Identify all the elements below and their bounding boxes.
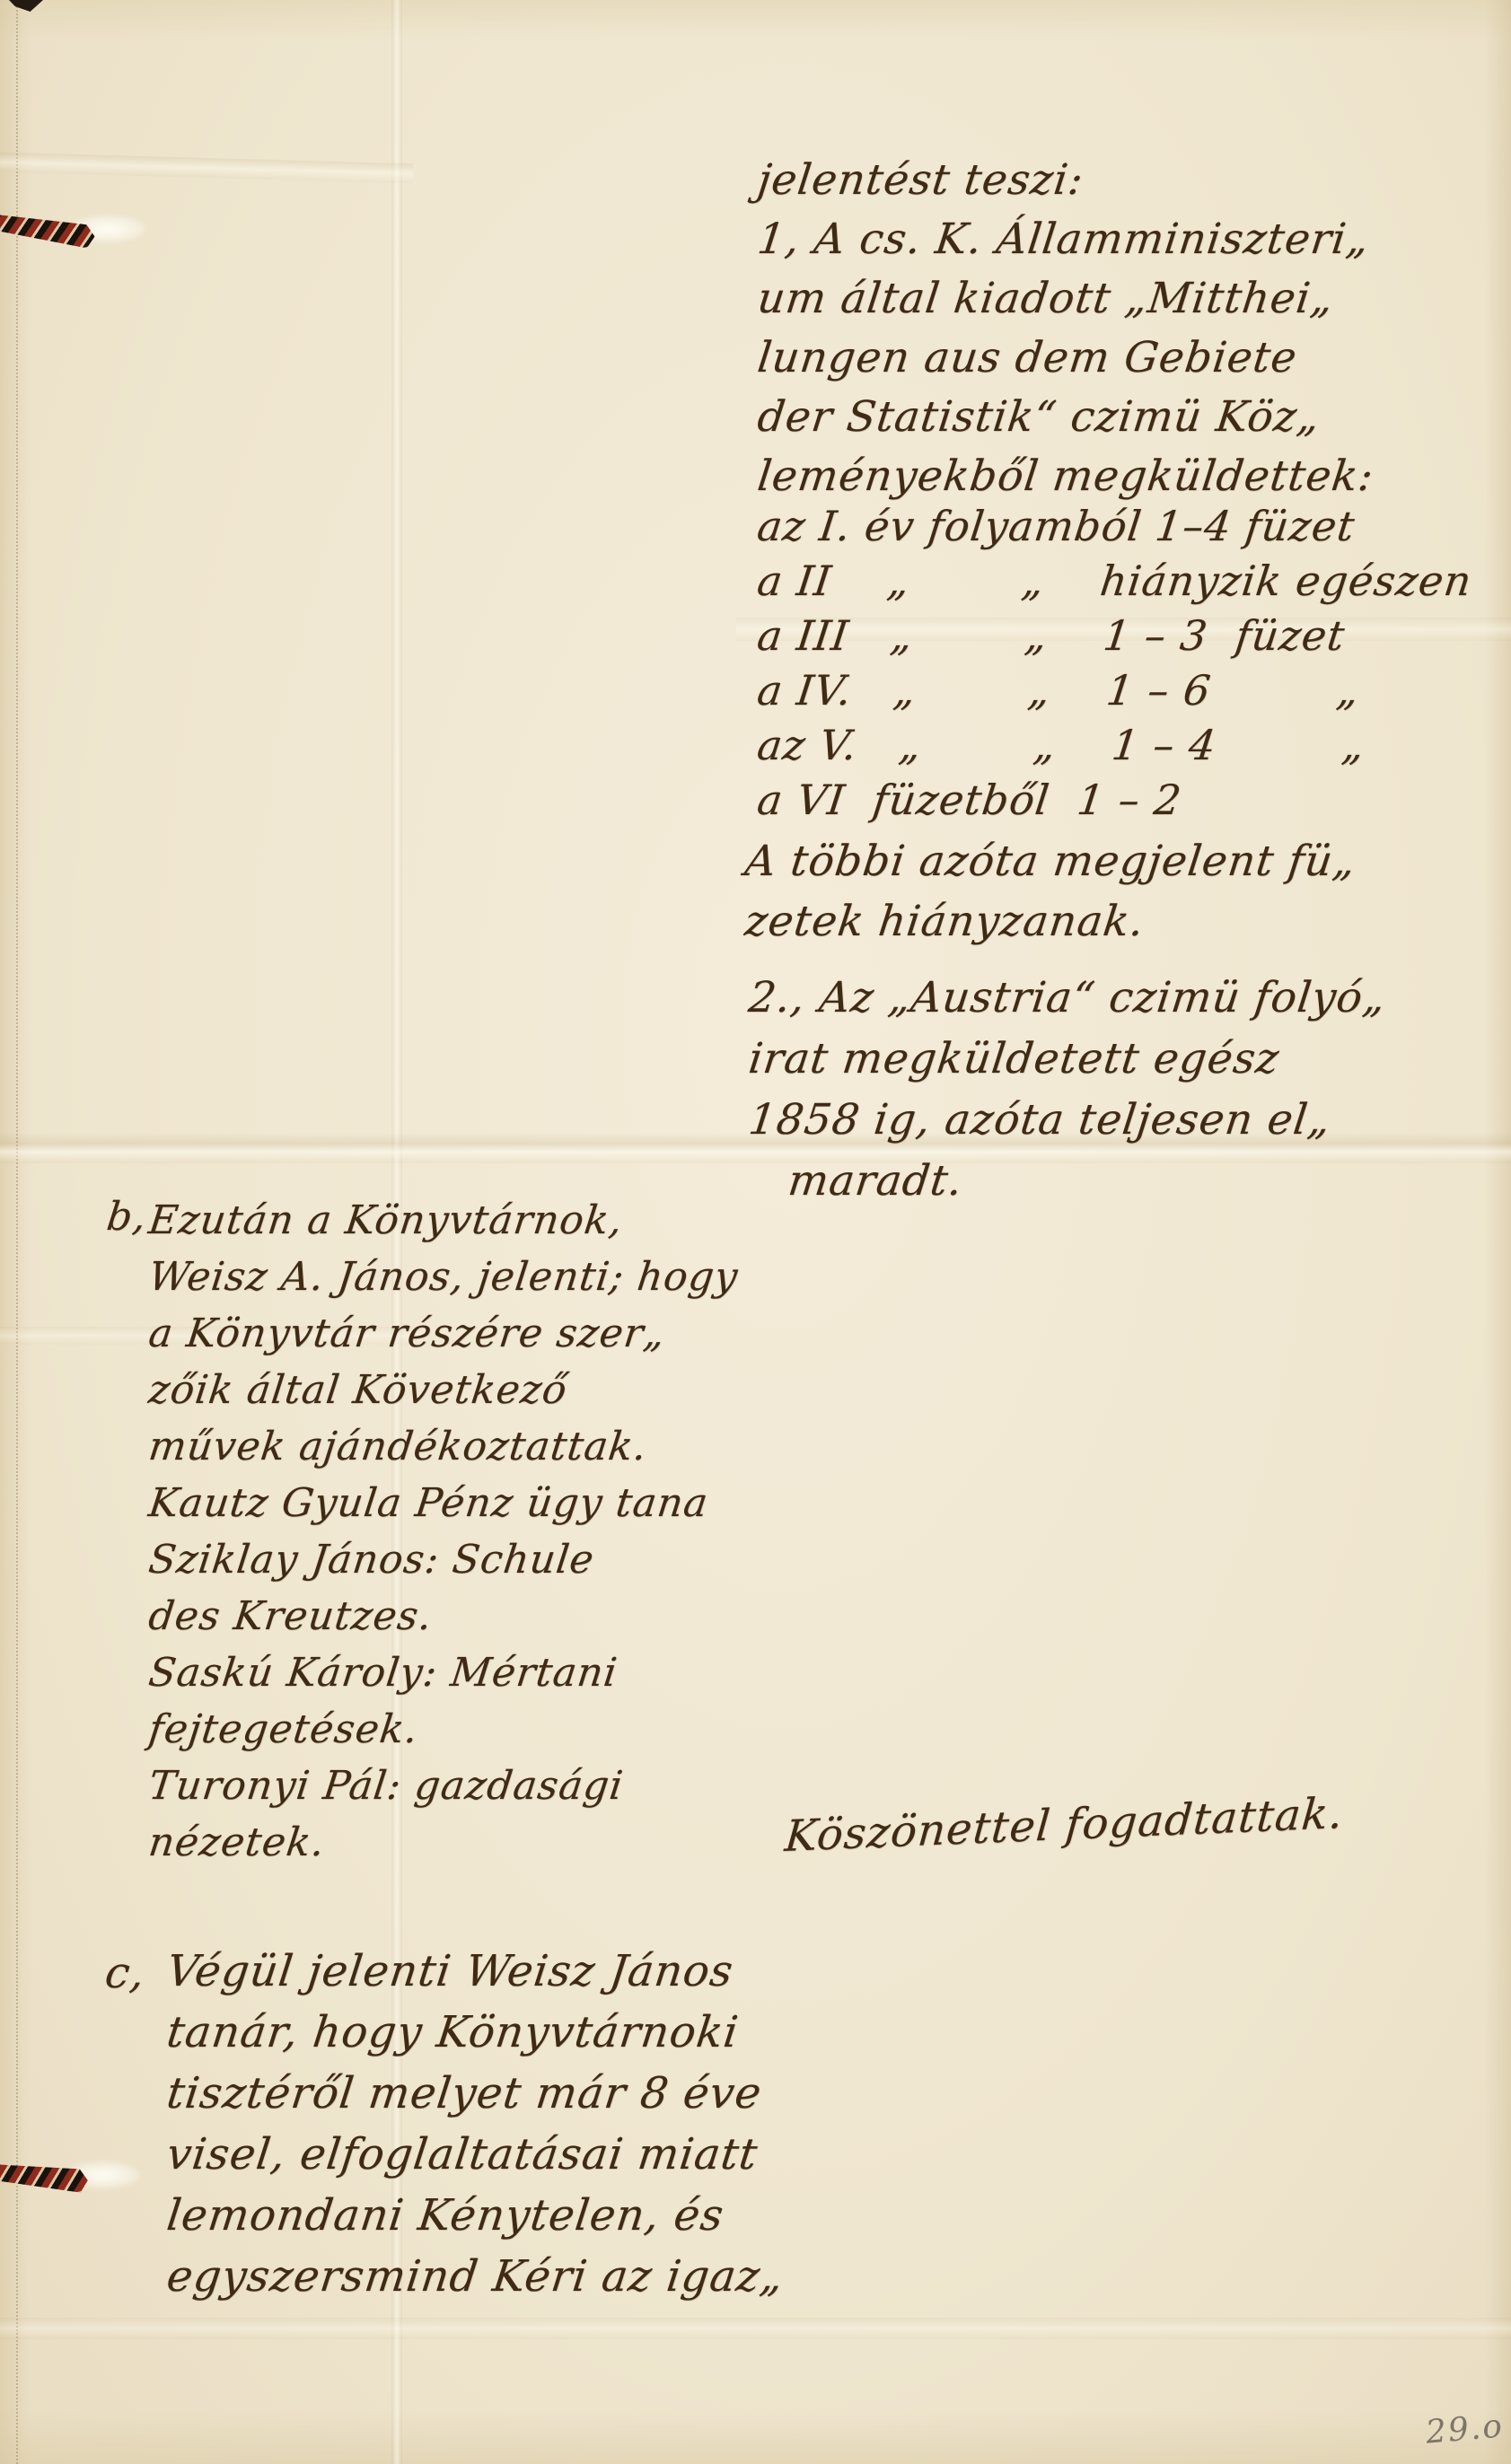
handwritten-line: Turonyi Pál: gazdasági — [145, 1758, 742, 1814]
handwritten-line: Kautz Gyula Pénz ügy tana — [145, 1475, 742, 1531]
volume-list-row: az V. „ „ 1 – 4 „ — [754, 718, 1475, 773]
handwritten-line: tanár, hogy Könyvtárnoki — [163, 2002, 787, 2063]
handwritten-line: a Könyvtár részére szer„ — [145, 1305, 742, 1362]
report-intro-paragraph: jelentést teszi: 1, A cs. K. Államminisz… — [754, 151, 1370, 506]
handwritten-line: 1858 ig, azóta teljesen el„ — [745, 1090, 1390, 1151]
binding-cord-top — [0, 210, 96, 249]
handwritten-line: művek ajándékoztattak. — [145, 1418, 742, 1475]
handwritten-line: um által kiadott „Mitthei„ — [754, 269, 1377, 329]
handwritten-line: Saskú Károly: Mértani — [145, 1644, 742, 1701]
section-c-paragraph: Végül jelenti Weisz János tanár, hogy Kö… — [163, 1941, 779, 2307]
handwritten-line: Sziklay János: Schule — [145, 1531, 742, 1588]
section-c-marker: c, — [102, 1948, 142, 1998]
page-number: 29.o — [1424, 2407, 1505, 2451]
handwritten-line: irat megküldetett egész — [745, 1029, 1390, 1090]
volume-list-row: a IV. „ „ 1 – 6 „ — [754, 663, 1475, 718]
handwritten-line: des Kreutzes. — [145, 1588, 742, 1644]
volume-list-row: az I. év folyamból 1–4 füzet — [754, 499, 1475, 554]
handwritten-line: zetek hiányzanak. — [742, 891, 1359, 951]
missing-issues-note: A többi azóta megjelent fü„ zetek hiányz… — [742, 831, 1352, 951]
handwritten-line: maradt. — [745, 1151, 1390, 1212]
handwritten-line: der Statistik“ czimü Köz„ — [754, 388, 1377, 447]
section-b-paragraph: Ezután a Könyvtárnok, Weisz A. János, je… — [145, 1192, 734, 1871]
handwritten-line: fejtegetések. — [145, 1701, 742, 1758]
horizontal-fold-crease — [0, 2318, 1511, 2339]
volume-list-row: a III „ „ 1 – 3 füzet — [754, 609, 1475, 663]
handwritten-line: lemondani Kénytelen, és — [163, 2185, 787, 2246]
handwritten-line: Weisz A. János, jelenti; hogy — [145, 1249, 742, 1305]
handwritten-line: 1, A cs. K. Államminiszteri„ — [754, 210, 1377, 269]
handwritten-line: egyszersmind Kéri az igaz„ — [163, 2246, 787, 2307]
thanks-line: Köszönettel fogadtattak. — [783, 1811, 1339, 1862]
volume-list-row: a II „ „ hiányzik egészen — [754, 554, 1475, 609]
handwritten-line: 2., Az „Austria“ czimü folyó„ — [745, 968, 1390, 1029]
volume-issue-list: az I. év folyamból 1–4 füzet a II „ „ hi… — [754, 499, 1468, 828]
handwritten-line: tisztéről melyet már 8 éve — [163, 2063, 787, 2124]
handwritten-line: Ezután a Könyvtárnok, — [145, 1192, 742, 1249]
handwritten-line: Végül jelenti Weisz János — [163, 1941, 787, 2002]
volume-list-row: a VI füzetből 1 – 2 — [754, 773, 1475, 828]
top-left-ink-mark — [9, 0, 43, 12]
handwritten-line: leményekből megküldettek: — [754, 447, 1377, 506]
handwritten-line: lungen aus dem Gebiete — [754, 329, 1377, 388]
austria-paragraph: 2., Az „Austria“ czimü folyó„ irat megkü… — [745, 968, 1382, 1212]
section-b-marker: b, — [104, 1194, 144, 1240]
handwritten-line: nézetek. — [145, 1814, 742, 1871]
horizontal-fold-crease — [0, 153, 413, 184]
handwritten-line: A többi azóta megjelent fü„ — [742, 831, 1359, 891]
left-edge-seam — [16, 0, 18, 2464]
handwritten-line: zőik által Következő — [145, 1362, 742, 1418]
handwritten-line: visel, elfoglaltatásai miatt — [163, 2124, 787, 2185]
handwritten-line: jelentést teszi: — [754, 151, 1377, 210]
